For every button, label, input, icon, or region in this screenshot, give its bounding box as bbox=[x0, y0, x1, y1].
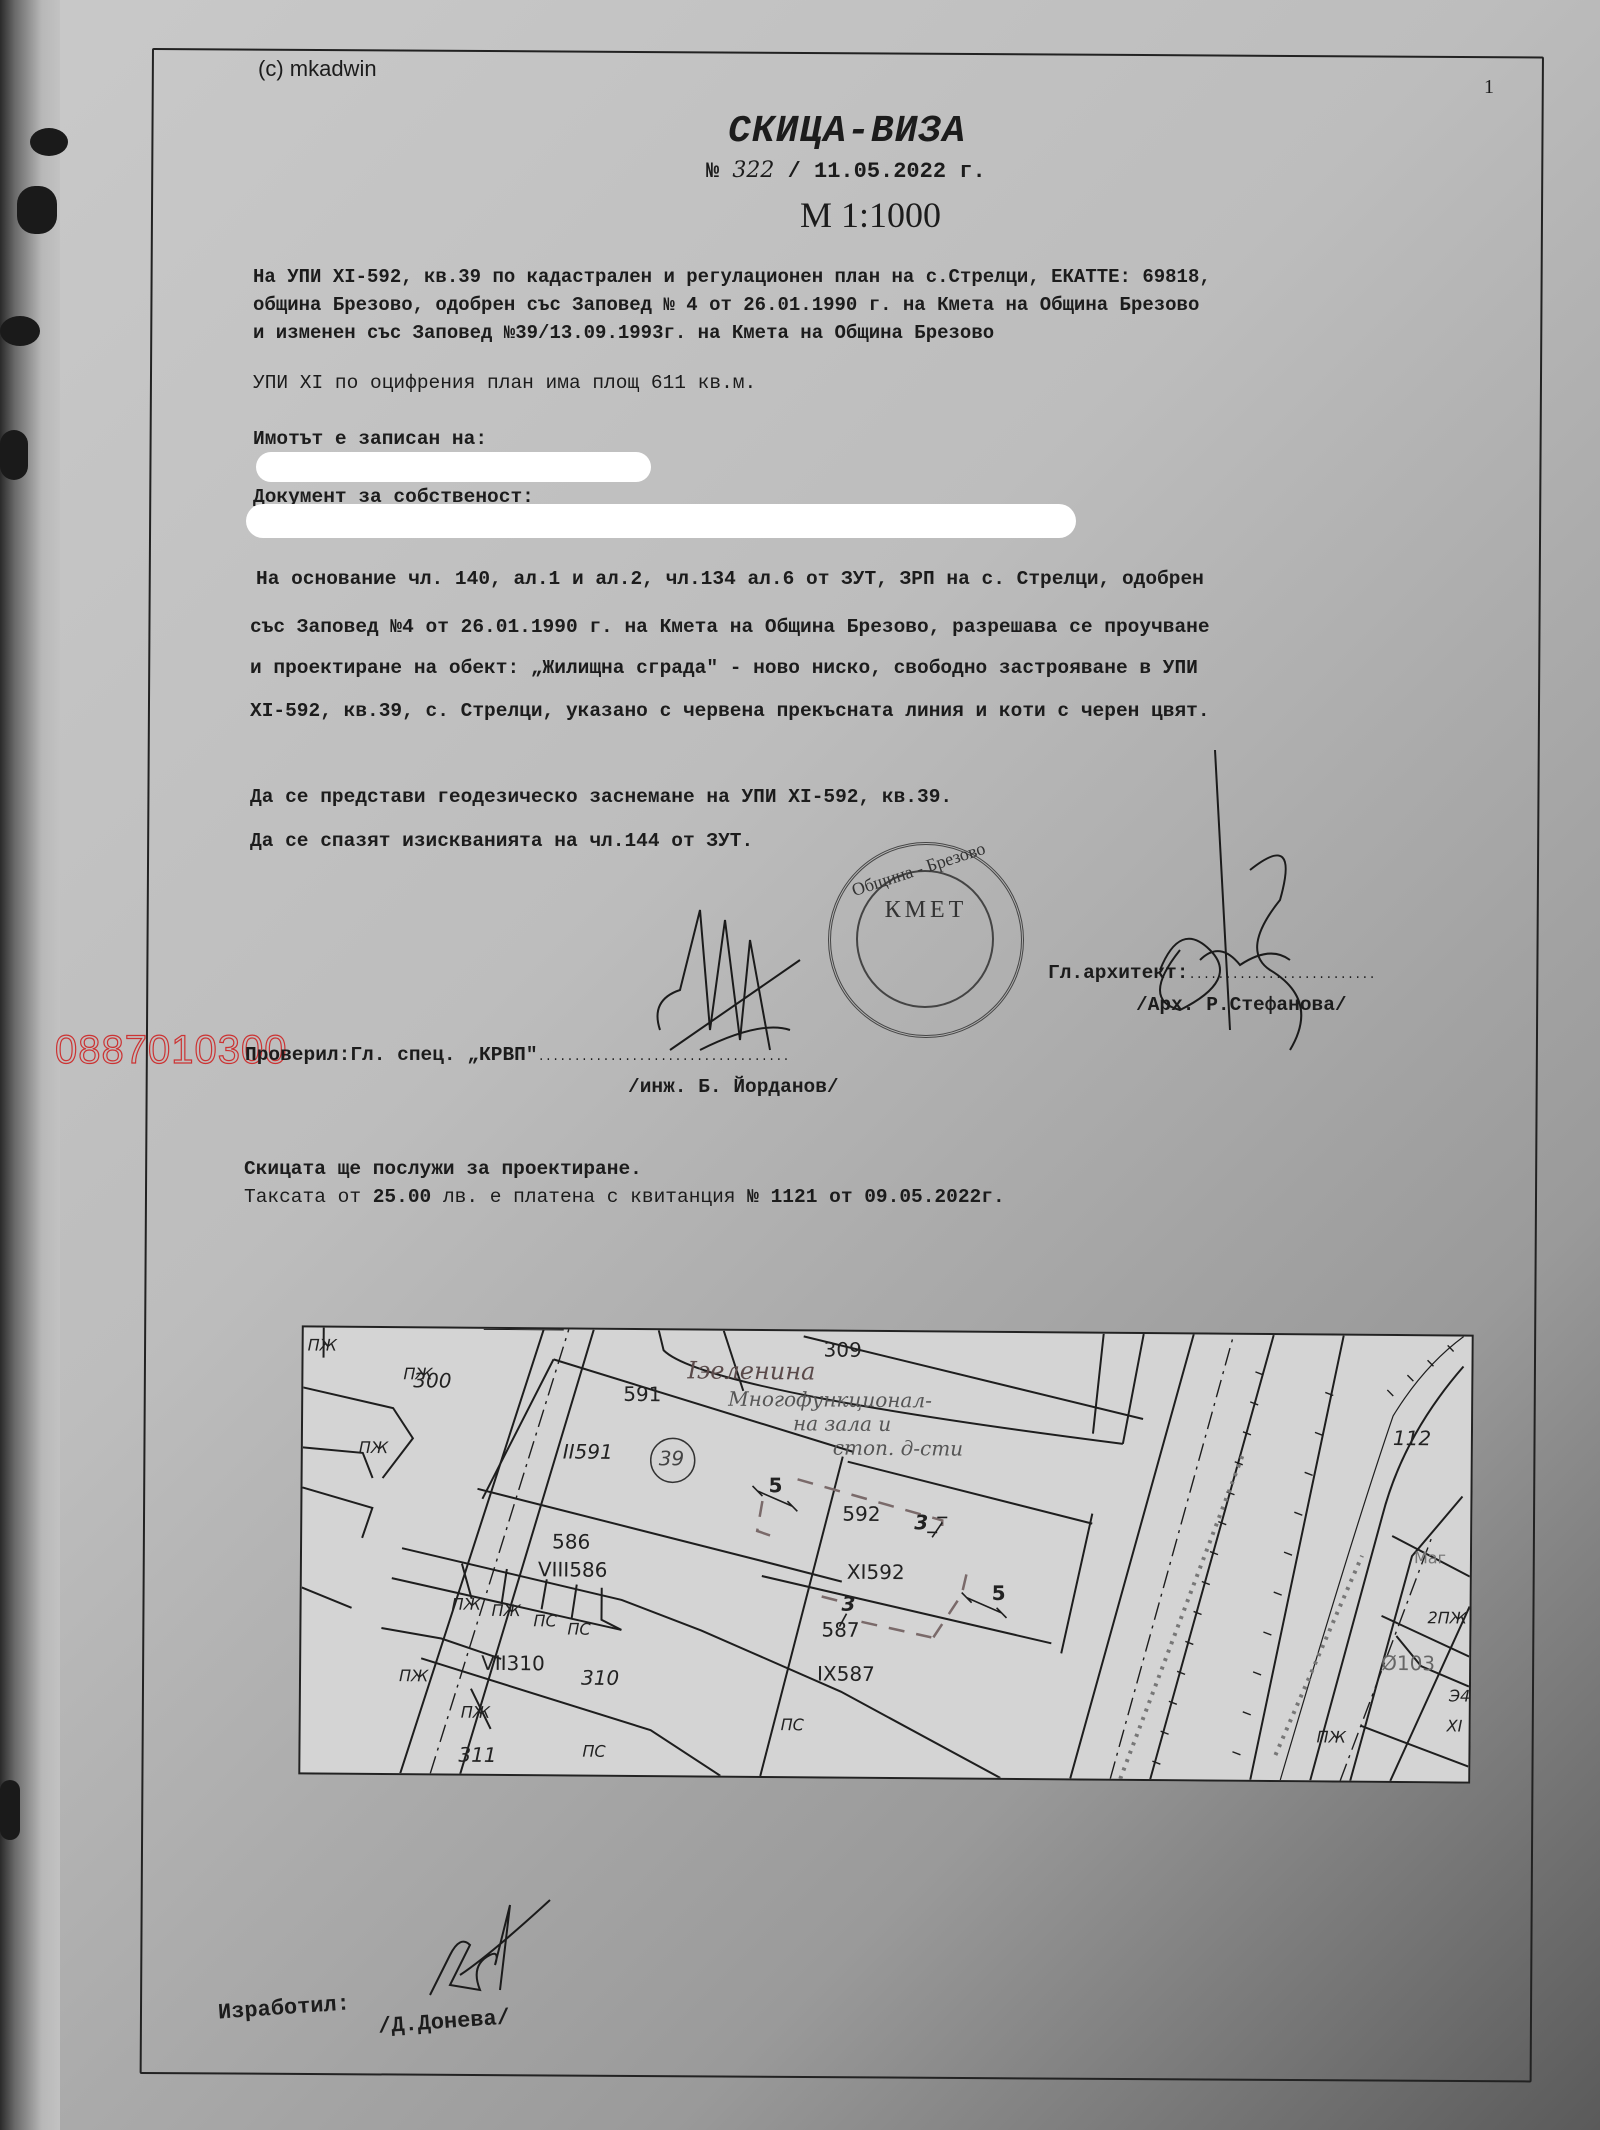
document-date: / 11.05.2022 г. bbox=[788, 159, 986, 184]
document-number-line: № 322 / 11.05.2022 г. bbox=[706, 158, 986, 184]
intro-line-1: На УПИ XI-592, кв.39 по кадастрален и ре… bbox=[253, 266, 1211, 288]
label-pc-1: ПС bbox=[533, 1611, 556, 1630]
decision-line-3: и проектиране на обект: „Жилищна сграда"… bbox=[250, 657, 1198, 679]
label-px-8: ПЖ bbox=[1317, 1727, 1346, 1746]
label-587: 587 bbox=[821, 1617, 859, 1641]
label-plot-591: II591 bbox=[563, 1439, 613, 1463]
label-plot-586: VIII586 bbox=[538, 1557, 608, 1582]
block-number: 39 bbox=[659, 1446, 685, 1470]
fee-line: Таксата от 25.00 лв. е платена с квитанц… bbox=[244, 1186, 1005, 1208]
stamp-center-text: КМЕТ bbox=[831, 897, 1021, 924]
label-px-6: ПЖ bbox=[399, 1666, 428, 1685]
intro-line-3: и изменен със Заповед №39/13.09.1993г. н… bbox=[253, 322, 994, 344]
architect-label-text: Гл.архитект: bbox=[1048, 962, 1188, 984]
fee-prefix: Таксата от bbox=[244, 1186, 373, 1208]
punch-hole bbox=[0, 316, 40, 346]
architect-dots: .......................... bbox=[1188, 968, 1375, 982]
label-592: 592 bbox=[842, 1502, 880, 1526]
dimension-3-bottom: 3 bbox=[842, 1592, 856, 1616]
punch-hole bbox=[30, 128, 68, 156]
fee-middle: лв. е платена с квитанция bbox=[431, 1186, 747, 1208]
annotation-greenery: Іэеленина bbox=[687, 1356, 815, 1385]
label-plot-310: VII310 bbox=[481, 1651, 545, 1675]
punch-hole bbox=[0, 430, 28, 480]
signature-prepared bbox=[420, 1895, 560, 2005]
decision-line-1: На основание чл. 140, ал.1 и ал.2, чл.13… bbox=[256, 568, 1204, 590]
page-number: 1 bbox=[1484, 76, 1494, 99]
fee-receipt: № 1121 от 09.05.2022г. bbox=[747, 1186, 1004, 1208]
label-pc-4: ПС bbox=[781, 1715, 804, 1734]
purpose-line: Скицата ще послужи за проектиране. bbox=[244, 1158, 642, 1180]
owner-redaction bbox=[256, 452, 651, 482]
document-title: СКИЦА-ВИЗА bbox=[728, 110, 966, 153]
label-pc-3: ПС bbox=[582, 1742, 605, 1761]
label-310: 310 bbox=[581, 1666, 619, 1690]
signature-architect bbox=[1120, 750, 1360, 1070]
label-103: Ø103 bbox=[1381, 1651, 1435, 1675]
document-number: 322 bbox=[732, 158, 774, 183]
number-prefix: № bbox=[706, 159, 719, 184]
label-591: 591 bbox=[623, 1382, 661, 1406]
label-px-5: ПЖ bbox=[491, 1601, 520, 1620]
label-px-3: ПЖ bbox=[359, 1438, 388, 1457]
label-px-7: ПЖ bbox=[461, 1703, 490, 1722]
requirement-survey: Да се представи геодезическо заснемане н… bbox=[250, 786, 952, 808]
label-2px: 2ПЖ bbox=[1427, 1608, 1467, 1627]
decision-line-4: XI-592, кв.39, с. Стрелци, указано с чер… bbox=[250, 700, 1210, 722]
owner-label: Имотът е записан на: bbox=[253, 428, 487, 450]
label-311: 311 bbox=[458, 1743, 496, 1767]
fee-amount: 25.00 bbox=[373, 1186, 432, 1208]
intro-line-2: община Брезово, одобрен със Заповед № 4 … bbox=[253, 294, 1199, 316]
cadastral-map: 300 591 II591 39 586 VIII586 592 XI592 5… bbox=[298, 1325, 1473, 1783]
punch-hole bbox=[17, 186, 57, 234]
ownership-document-redaction bbox=[246, 504, 1076, 538]
architect-label: Гл.архитект:.......................... bbox=[1048, 962, 1376, 984]
label-plot-587: IX587 bbox=[817, 1661, 875, 1685]
label-586: 586 bbox=[552, 1529, 590, 1553]
label-px-4: ПЖ bbox=[452, 1595, 481, 1614]
label-px-1: ПЖ bbox=[308, 1335, 337, 1354]
map-scale: М 1:1000 bbox=[800, 194, 941, 236]
annotation-hall-2: на зала и bbox=[793, 1411, 891, 1436]
label-pc-2: ПС bbox=[567, 1620, 590, 1639]
dimension-5-right: 5 bbox=[992, 1581, 1006, 1605]
architect-name: /Арх. Р.Стефанова/ bbox=[1136, 994, 1347, 1016]
checked-dots: ................................... bbox=[538, 1050, 790, 1064]
punch-hole bbox=[0, 1780, 20, 1840]
checked-label: Проверил:Гл. спец. „КРВП" bbox=[245, 1044, 538, 1066]
annotation-hall-3: стоп. д-сти bbox=[833, 1436, 963, 1461]
label-px-2: ПЖ bbox=[403, 1364, 432, 1383]
checked-name: /инж. Б. Йорданов/ bbox=[628, 1076, 839, 1098]
municipal-stamp: Община - Брезово КМЕТ bbox=[828, 842, 1024, 1038]
dimension-5-left: 5 bbox=[768, 1473, 782, 1497]
area-line: УПИ XI по оцифрения план има площ 611 кв… bbox=[253, 372, 756, 394]
checked-by-line: Проверил:Гл. спец. „КРВП"...............… bbox=[245, 1044, 790, 1066]
label-plot-592: XI592 bbox=[847, 1560, 905, 1584]
label-309: 309 bbox=[824, 1338, 862, 1362]
copyright-text: (c) mkadwin bbox=[258, 56, 377, 82]
label-e4: Э4 bbox=[1449, 1686, 1471, 1705]
requirement-zut: Да се спазят изискванията на чл.144 от З… bbox=[250, 830, 753, 852]
dimension-3-top: 3 bbox=[914, 1510, 928, 1534]
label-112: 112 bbox=[1393, 1426, 1431, 1450]
label-mag: Маг bbox=[1414, 1548, 1446, 1567]
annotation-hall-1: Многофункционал- bbox=[728, 1387, 932, 1413]
decision-line-2: със Заповед №4 от 26.01.1990 г. на Кмета… bbox=[250, 616, 1210, 638]
label-xi-edge: XI bbox=[1447, 1716, 1463, 1735]
